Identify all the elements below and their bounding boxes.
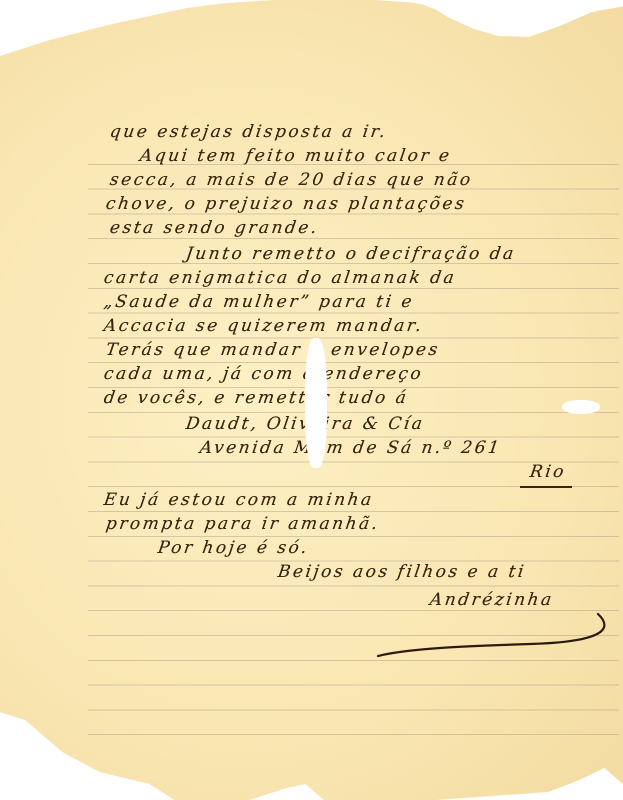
letter-line-6: Junto remetto o decifração da xyxy=(185,244,518,264)
paper-hole xyxy=(305,338,327,468)
letter-line-18: Por hoje é só. xyxy=(157,538,311,558)
letter-line-16: Eu já estou com a minha xyxy=(103,490,375,510)
letter-line-8: „Saude da mulher” para ti e xyxy=(103,292,416,312)
letter-line-2: Aqui tem feito muito calor e xyxy=(139,146,453,166)
letter-line-11: cada uma, já com o endereço xyxy=(103,364,425,384)
letter-paper: que estejas disposta a ir. Aqui tem feit… xyxy=(0,0,623,800)
letter-line-4: chove, o prejuizo nas plantações xyxy=(105,194,468,214)
letter-line-5: esta sendo grande. xyxy=(109,218,321,238)
letter-line-19-closing: Beijos aos filhos e a ti xyxy=(277,562,528,582)
letter-line-3: secca, a mais de 20 dias que não xyxy=(109,170,475,190)
signature-flourish xyxy=(370,600,610,660)
letter-line-12: de vocês, e remetter tudo á xyxy=(103,388,410,408)
letter-line-14-address-street: Avenida Mem de Sá n.º 261 xyxy=(199,438,503,458)
city-underline xyxy=(520,486,572,488)
letter-line-1: que estejas disposta a ir. xyxy=(109,122,389,142)
letter-line-15-address-city: Rio xyxy=(529,462,568,482)
letter-line-17: promptа para ir amanhã. xyxy=(105,514,381,534)
letter-line-9: Accacia se quizerem mandar. xyxy=(103,316,425,336)
letter-line-10: Terás que mandar 2 envelopes xyxy=(105,340,442,360)
letter-line-7: carta enigmatica do almanak da xyxy=(103,268,458,288)
paper-hole xyxy=(562,400,600,414)
